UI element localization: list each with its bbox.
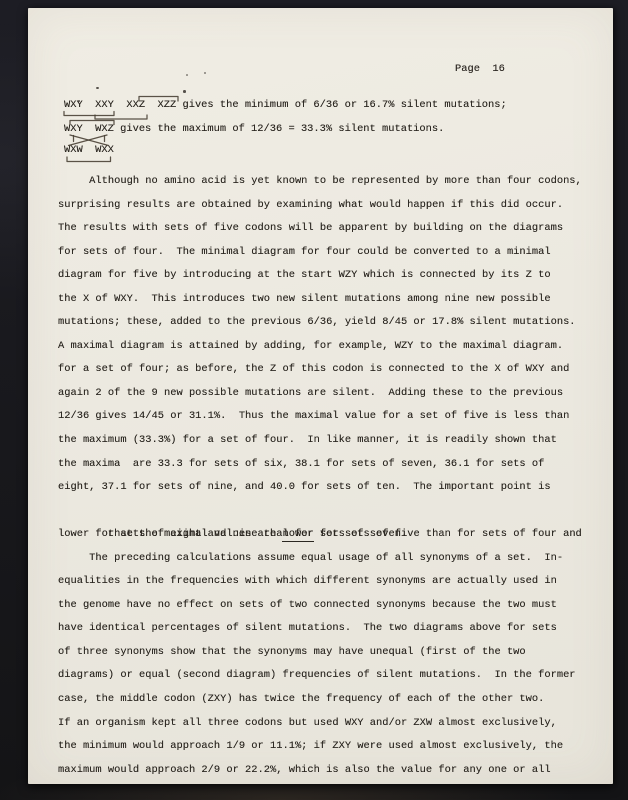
paragraph-2: The preceding calculations assume equal … [58,547,606,782]
page-number: Page 16 [455,62,505,77]
text-line: eight, 37.1 for sets of nine, and 40.0 f… [58,476,606,500]
paragraph-1-underline-line: that the maximal values are lower for se… [58,500,606,524]
text-line: diagram for five by introducing at the s… [58,264,606,288]
ink-speck [183,90,186,93]
codon-diagram-line-2: WXY WXZ gives the maximum of 12/36 = 33.… [64,122,444,137]
text-line: surprising results are obtained by exami… [58,194,606,218]
text-line: diagrams) or equal (second diagram) freq… [58,664,606,688]
document-page: Page 16 WXY XXY XXZ XZZ gives the minimu… [28,8,613,784]
ink-speck [204,72,206,74]
ink-speck [186,74,188,76]
document-body: Although no amino acid is yet known to b… [58,170,606,782]
bracket-under-wxw-wxx [67,157,111,162]
text-line: A maximal diagram is attained by adding,… [58,335,606,359]
text-line: for a set of four; as before, the Z of t… [58,358,606,382]
text-line: the minimum would approach 1/9 or 11.1%;… [58,735,606,759]
text-line: the maxima are 33.3 for sets of six, 38.… [58,453,606,477]
text-line: have identical percentages of silent mut… [58,617,606,641]
text-line: the genome have no effect on sets of two… [58,594,606,618]
text-line: again 2 of the 9 new possible mutations … [58,382,606,406]
bracket-under-xxy-xxz [95,115,147,119]
text-line: equalities in the frequencies with which… [58,570,606,594]
text-line: the maximum (33.3%) for a set of four. I… [58,429,606,453]
text-line: The preceding calculations assume equal … [58,547,606,571]
codon-diagram-line-1: WXY XXY XXZ XZZ gives the minimum of 6/3… [64,98,507,113]
text-line: The results with sets of five codons wil… [58,217,606,241]
codon-diagram-line-3: WXW WXX [64,143,114,158]
photo-background: Page 16 WXY XXY XXZ XZZ gives the minimu… [0,0,628,800]
text-line: of three synonyms show that the synonyms… [58,641,606,665]
text-line: case, the middle codon (ZXY) has twice t… [58,688,606,712]
text-line: maximum would approach 2/9 or 22.2%, whi… [58,759,606,783]
text-line: mutations; these, added to the previous … [58,311,606,335]
text-line: for sets of four. The minimal diagram fo… [58,241,606,265]
paragraph-1-part-a: Although no amino acid is yet known to b… [58,170,606,500]
text-line: Although no amino acid is yet known to b… [58,170,606,194]
ink-speck [96,87,99,89]
text-line: the X of WXY. This introduces two new si… [58,288,606,312]
text-line: 12/36 gives 14/45 or 31.1%. Thus the max… [58,405,606,429]
text-line: If an organism kept all three codons but… [58,712,606,736]
